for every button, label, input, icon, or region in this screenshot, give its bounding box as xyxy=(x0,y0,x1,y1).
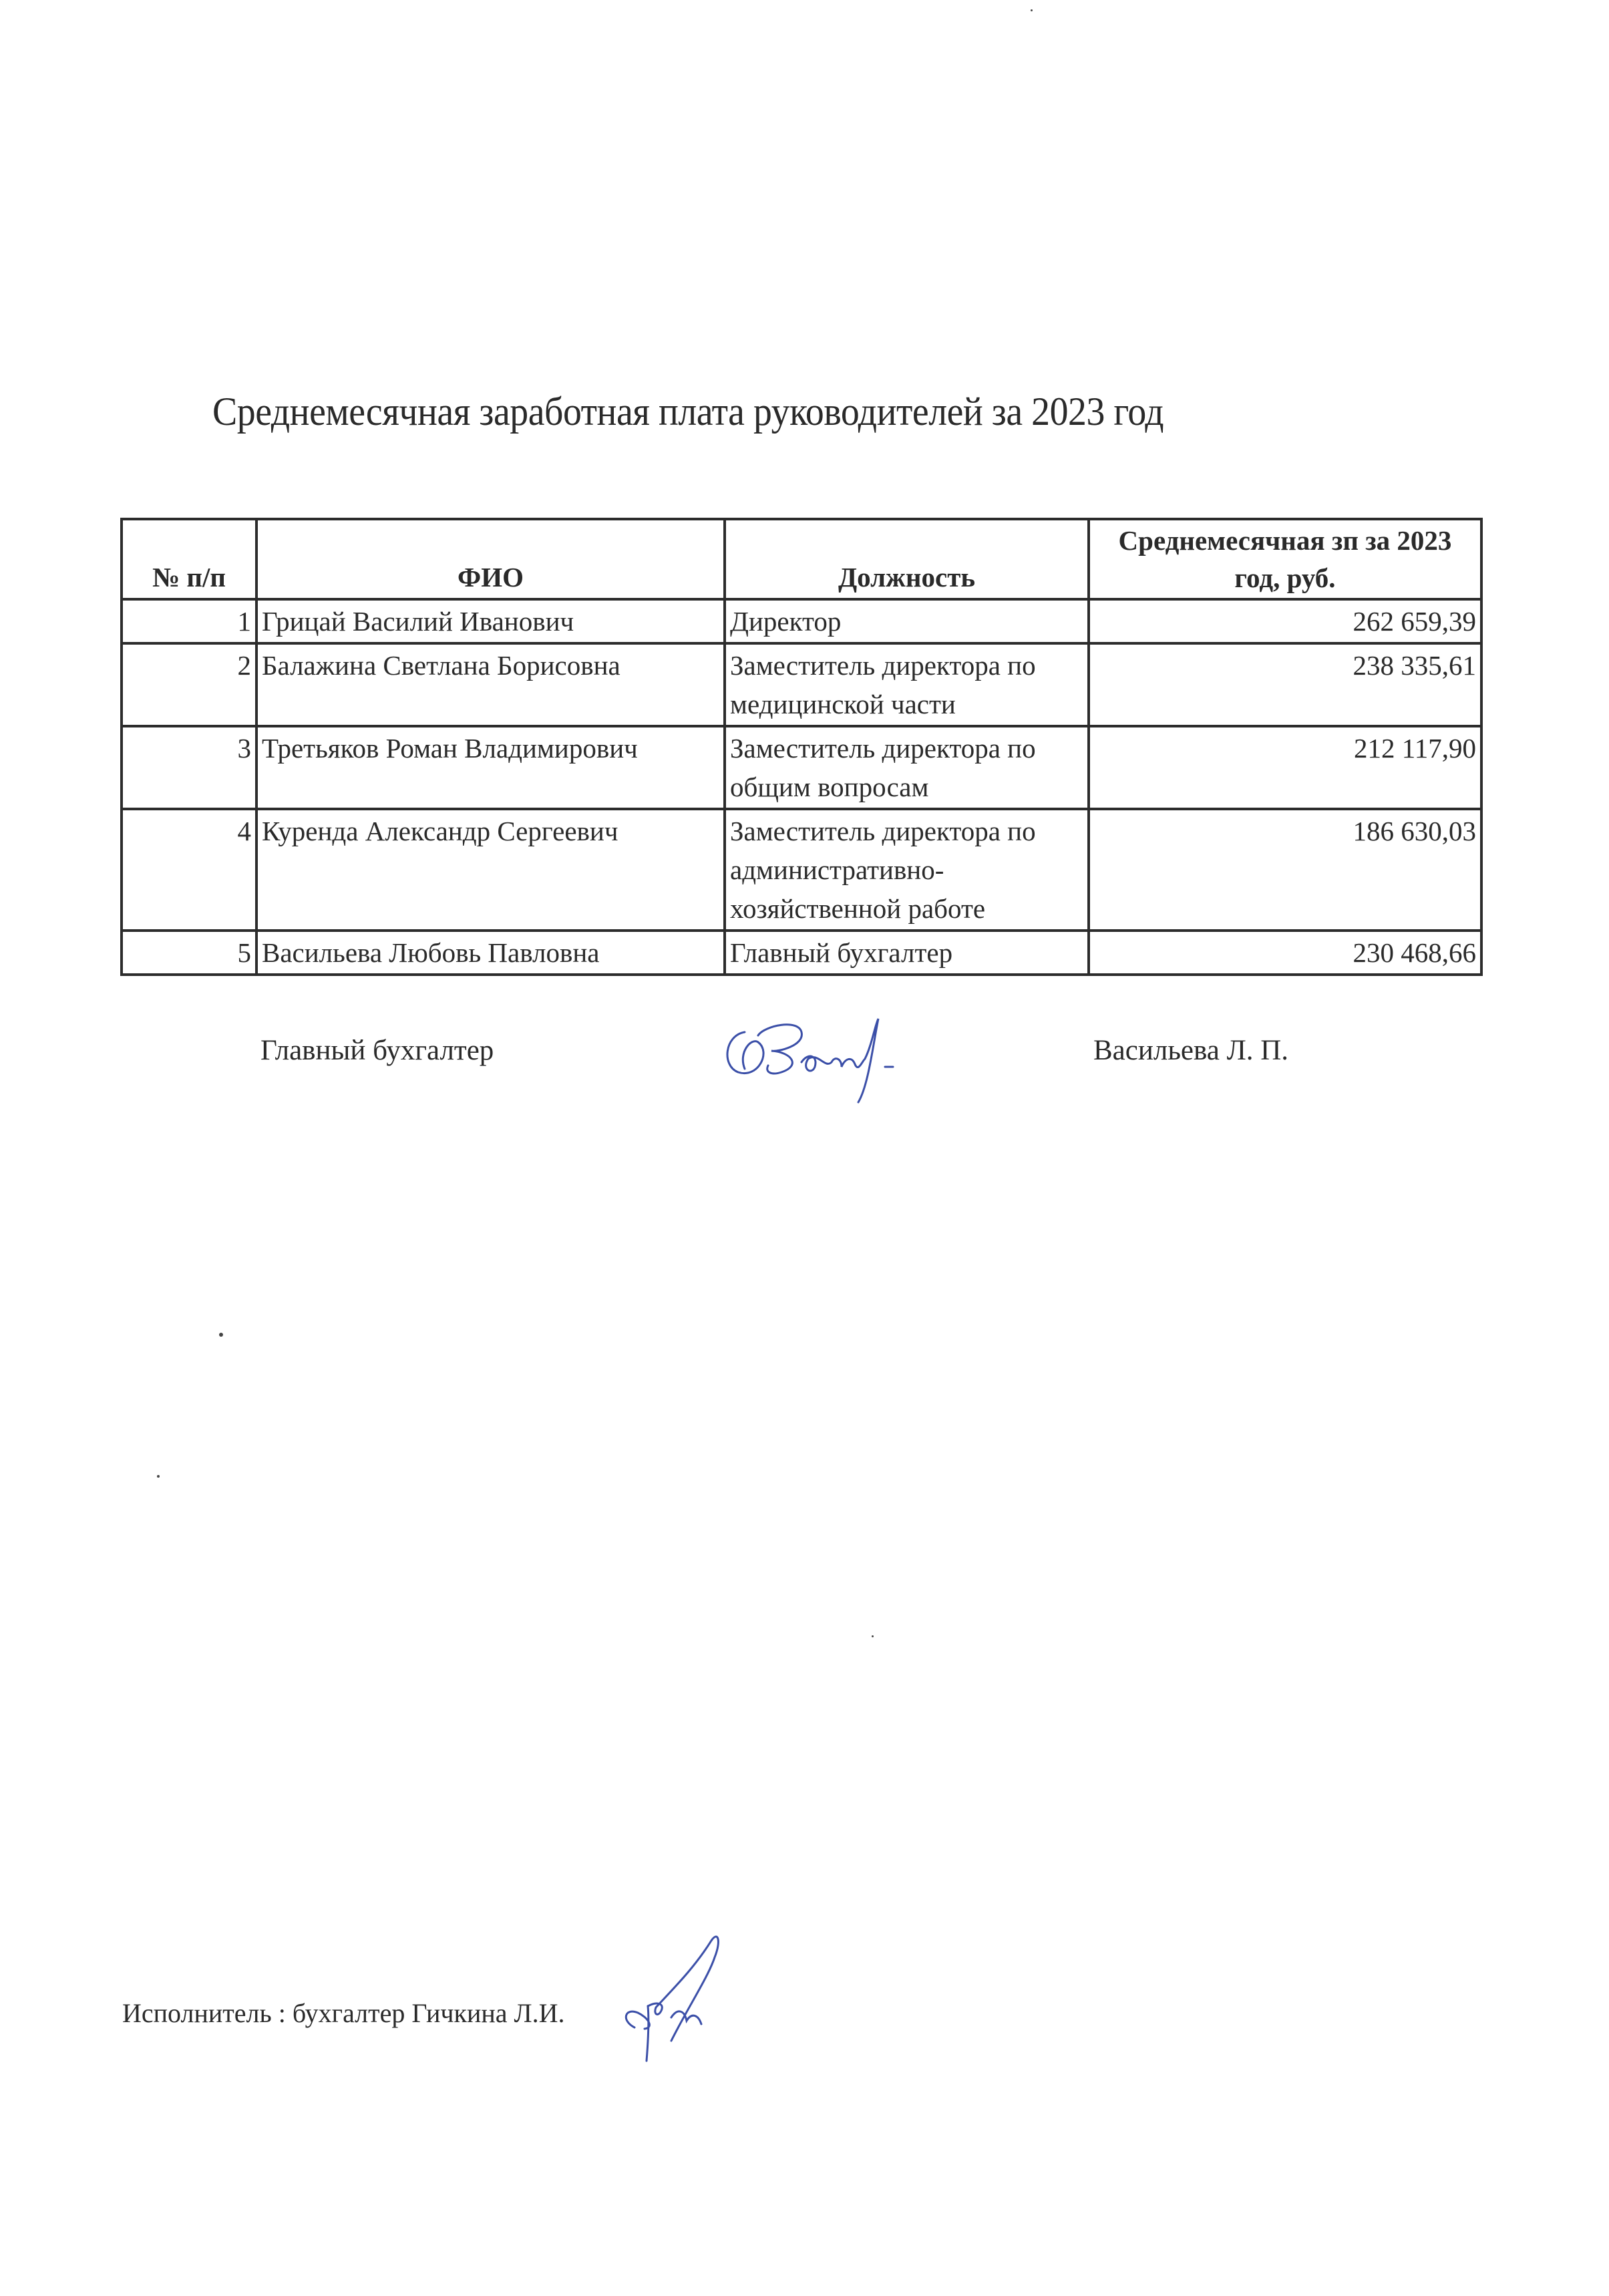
row-name: Куренда Александр Сергеевич xyxy=(256,809,725,931)
row-salary: 186 630,03 xyxy=(1089,809,1481,931)
scan-speck xyxy=(157,1475,160,1478)
scan-speck xyxy=(872,1635,874,1637)
row-salary: 238 335,61 xyxy=(1089,643,1481,726)
header-name: ФИО xyxy=(256,519,725,599)
row-num: 3 xyxy=(122,726,256,809)
table-row: 1 Грицай Василий Иванович Директор 262 6… xyxy=(122,599,1481,643)
table-row: 3 Третьяков Роман Владимирович Заместите… xyxy=(122,726,1481,809)
signoff-name: Васильева Л. П. xyxy=(1093,1034,1288,1067)
scan-speck xyxy=(219,1333,223,1337)
table-header-row: № п/п ФИО Должность Среднемесячная зп за… xyxy=(122,519,1481,599)
row-position: Главный бухгалтер xyxy=(725,931,1089,975)
scan-speck xyxy=(1031,9,1033,11)
row-salary: 212 117,90 xyxy=(1089,726,1481,809)
row-salary: 230 468,66 xyxy=(1089,931,1481,975)
table-row: 4 Куренда Александр Сергеевич Заместител… xyxy=(122,809,1481,931)
row-salary: 262 659,39 xyxy=(1089,599,1481,643)
executor-line: Исполнитель : бухгалтер Гичкина Л.И. xyxy=(122,1997,565,2029)
row-num: 2 xyxy=(122,643,256,726)
row-num: 4 xyxy=(122,809,256,931)
table-row: 2 Балажина Светлана Борисовна Заместител… xyxy=(122,643,1481,726)
page-title: Среднемесячная заработная плата руководи… xyxy=(212,389,1164,435)
row-name: Грицай Василий Иванович xyxy=(256,599,725,643)
row-position: Директор xyxy=(725,599,1089,643)
signature-executor-icon xyxy=(608,1927,761,2074)
header-num: № п/п xyxy=(122,519,256,599)
row-position: Заместитель директора по медицинской час… xyxy=(725,643,1089,726)
row-position: Заместитель директора по административно… xyxy=(725,809,1089,931)
row-num: 5 xyxy=(122,931,256,975)
signoff-role: Главный бухгалтер xyxy=(260,1034,494,1067)
row-name: Третьяков Роман Владимирович xyxy=(256,726,725,809)
header-salary: Среднемесячная зп за 2023 год, руб. xyxy=(1089,519,1481,599)
row-num: 1 xyxy=(122,599,256,643)
salary-table: № п/п ФИО Должность Среднемесячная зп за… xyxy=(120,518,1483,976)
row-position: Заместитель директора по общим вопросам xyxy=(725,726,1089,809)
table-row: 5 Васильева Любовь Павловна Главный бухг… xyxy=(122,931,1481,975)
row-name: Васильева Любовь Павловна xyxy=(256,931,725,975)
row-name: Балажина Светлана Борисовна xyxy=(256,643,725,726)
signature-chief-accountant-icon xyxy=(718,1005,945,1106)
header-position: Должность xyxy=(725,519,1089,599)
